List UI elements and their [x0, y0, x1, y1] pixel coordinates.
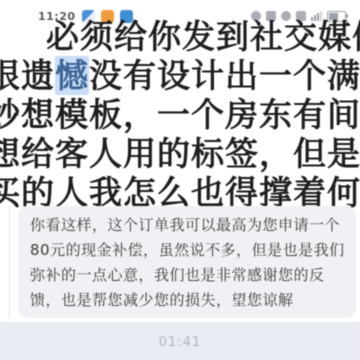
bubble-text-line: 80元的现金补偿，虽然说不多，但是也是我们: [30, 238, 344, 263]
zoomed-message-text: 必须给你发到社交媒体上夸一夸 很遗憾没有设计出一个满足我一 妙想模板，一个房东有…: [0, 17, 360, 212]
message-line: 妙想模板，一个房东有间厨房是: [0, 95, 360, 134]
message-line-pre: 很遗: [0, 56, 55, 95]
bubble-text-line: 你看这样，这个订单我可以最高为您申请一个: [30, 213, 344, 238]
timestamp-divider: 01:41: [159, 335, 201, 360]
highlighted-character[interactable]: 憾: [55, 56, 89, 95]
bubble-text-line: 弥补的一点心意，我们也是非常感谢您的反: [30, 263, 344, 288]
bubble-text-line: 馈，也是帮您减少您的损失，望您谅解: [30, 288, 344, 313]
message-line: 必须给你发到社交媒体上夸一夸: [46, 17, 360, 56]
message-line: 想给客人用的标签，但是半夜陪: [0, 134, 360, 173]
card-left-edge: [9, 205, 10, 318]
message-line: 很遗憾没有设计出一个满足我一: [0, 56, 360, 95]
footer-strip: 01:41: [0, 322, 360, 360]
chat-screen: 11:20 必须给你发到社交媒体上夸一夸 很遗憾没有设计出一个满足我一 妙想模板…: [0, 0, 360, 360]
agent-message-bubble[interactable]: 你看这样，这个订单我可以最高为您申请一个 80元的现金补偿，虽然说不多，但是也是…: [18, 206, 356, 318]
message-line-post: 没有设计出一个满足我一: [89, 56, 360, 95]
